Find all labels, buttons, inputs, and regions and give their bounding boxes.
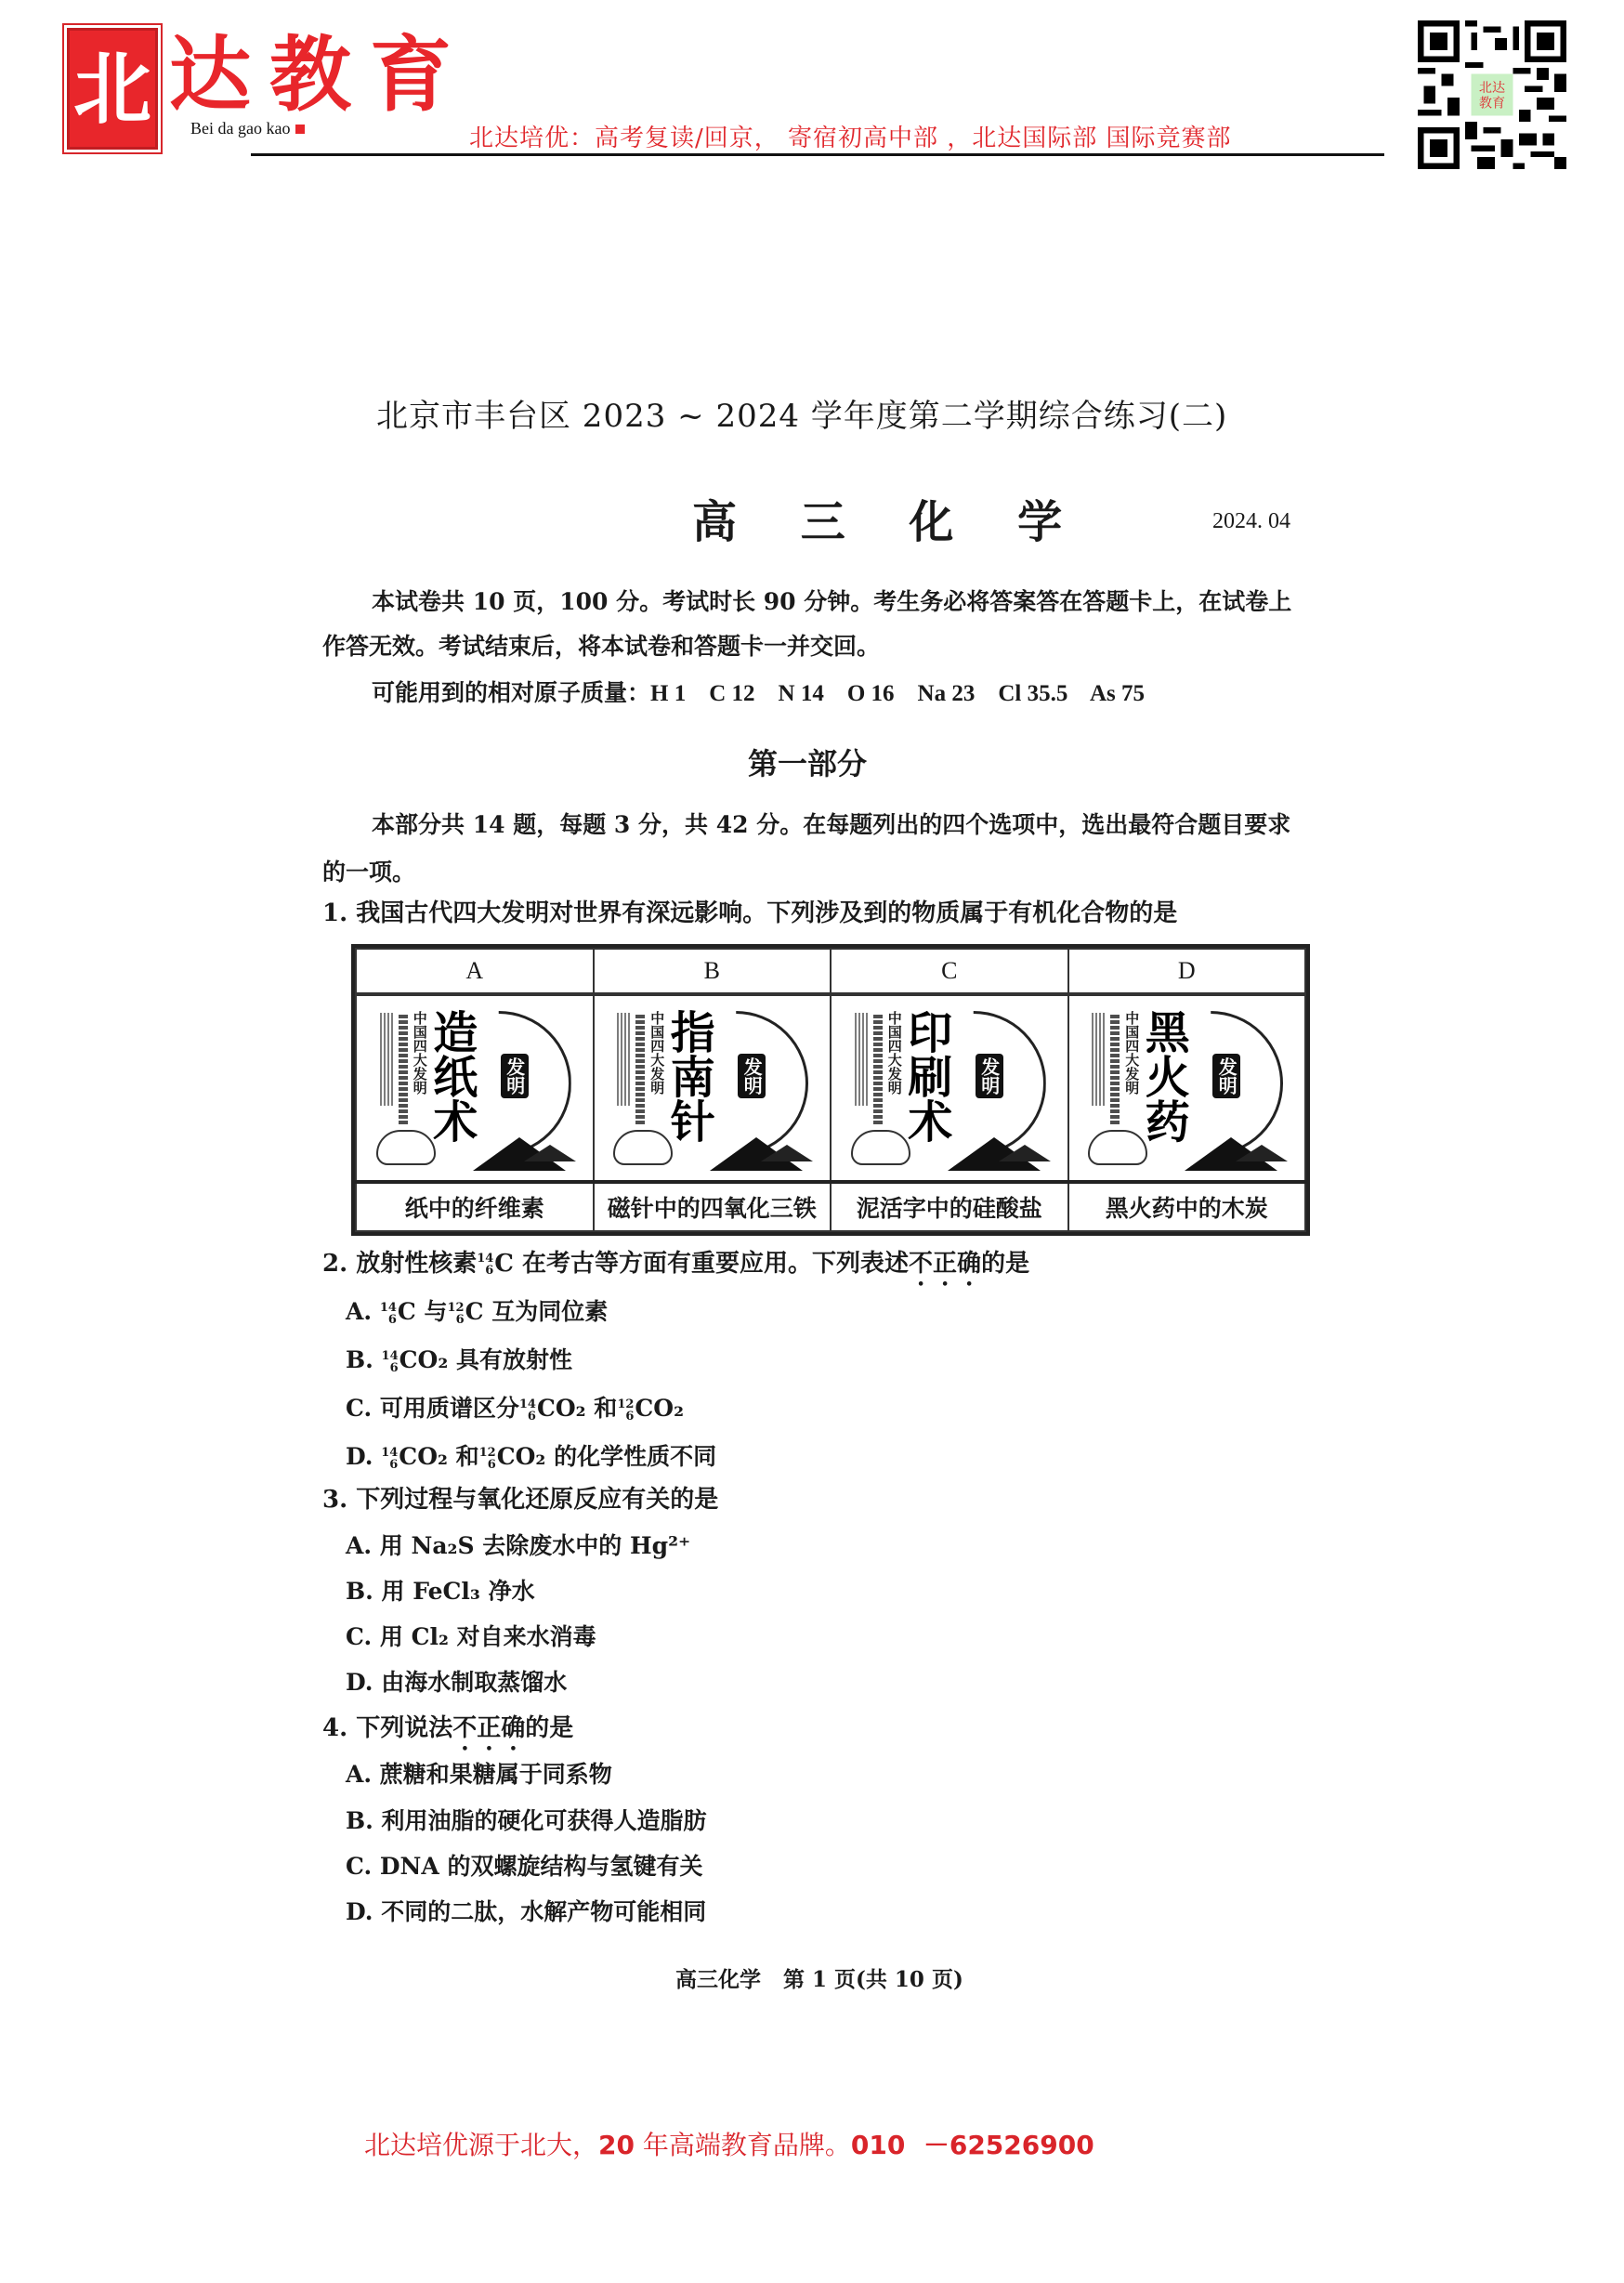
mass-number: 14: [381, 1447, 398, 1459]
decorative-english-text: [635, 1013, 645, 1124]
question-2-option-c: C. 可用质谱区分146CO₂ 和126CO₂: [346, 1390, 684, 1427]
mass-number: 14: [519, 1398, 536, 1410]
logo-square-icon: [295, 125, 305, 134]
isotope-notation: 146: [477, 1253, 493, 1277]
logo-mark: 北: [67, 28, 158, 150]
option-text: D.: [346, 1443, 381, 1470]
ad-phone: 010 －62526900: [851, 2130, 1094, 2160]
header-slogan: 北达培优：高考复读/回京， 寄宿初高中部 ，北达国际部 国际竞赛部: [469, 119, 1232, 153]
ad-text: 年高端教育品牌。: [635, 2130, 851, 2160]
option-text: C. 可用质谱区分: [346, 1395, 519, 1422]
logo-text: 达教育: [169, 28, 470, 121]
table-header-a: A: [356, 949, 594, 994]
emphasized-text: 不正确: [909, 1250, 981, 1278]
option-text: CO₂ 和: [399, 1443, 478, 1470]
option-text: CO₂ 具有放射性: [399, 1346, 572, 1373]
question-3-option-a: A. 用 Na₂S 去除废水中的 Hg²⁺: [346, 1528, 690, 1565]
printing-poster-image: 中国四大发明 印刷术 发明: [836, 1000, 1063, 1176]
option-text: A.: [346, 1298, 380, 1325]
atomic-number: 6: [382, 1362, 399, 1374]
decorative-text-lines: [380, 1013, 395, 1106]
mass-number: 14: [382, 1350, 399, 1362]
question-3-option-d: D. 由海水制取蒸馏水: [346, 1664, 567, 1701]
decorative-text-lines: [1092, 1013, 1107, 1106]
atomic-number: 6: [448, 1314, 465, 1326]
poster-big-text: 黑火药: [1144, 1009, 1188, 1143]
isotope-notation: 146: [382, 1350, 399, 1374]
exam-title: 高 三 化 学: [692, 486, 1086, 550]
question-2-option-b: B. 146CO₂ 具有放射性: [346, 1342, 572, 1379]
question-2-stem: 2. 放射性核素146C 在考古等方面有重要应用。下列表述不正确的是: [322, 1245, 1029, 1292]
isotope-notation: 126: [479, 1447, 496, 1471]
part-title: 第一部分: [748, 741, 867, 783]
poster-badge: 发明: [738, 1054, 766, 1098]
mass-number: 14: [380, 1302, 397, 1314]
option-caption-b: 磁针中的四氧化三铁: [594, 1182, 832, 1231]
question-4-option-c: C. DNA 的双螺旋结构与氢键有关: [346, 1848, 703, 1885]
exam-subtitle: 北京市丰台区 2023 ~ 2024 学年度第二学期综合练习(二): [376, 390, 1227, 436]
option-text: CO₂: [635, 1395, 684, 1422]
poster-big-text: 造纸术: [432, 1009, 477, 1143]
header-divider: [251, 153, 1384, 156]
option-text: C 互为同位素: [465, 1298, 609, 1325]
table-header-c: C: [831, 949, 1068, 994]
decorative-english-text: [873, 1013, 883, 1124]
question-2-option-a: A. 146C 与126C 互为同位素: [346, 1293, 608, 1331]
poster-big-text: 印刷术: [907, 1009, 951, 1143]
exam-instructions-line2: 作答无效。考试结束后，将本试卷和答题卡一并交回。: [322, 624, 880, 669]
mountain-small-icon: [999, 1145, 1051, 1161]
question-4-option-a: A. 蔗糖和果糖属于同系物: [346, 1756, 612, 1793]
exam-instructions-line1: 本试卷共 10 页，100 分。考试时长 90 分钟。考生务必将答案答在答题卡上…: [372, 580, 1291, 624]
decorative-english-text: [399, 1013, 408, 1124]
atomic-masses-values: H 1 C 12 N 14 O 16 Na 23 Cl 35.5 As 75: [650, 681, 1145, 706]
mountain-small-icon: [524, 1145, 576, 1161]
table-header-b: B: [594, 949, 832, 994]
cloud-icon: [376, 1130, 436, 1165]
isotope-notation: 126: [617, 1398, 634, 1423]
svg-text:北达: 北达: [1479, 80, 1506, 96]
stem-text: 的是: [981, 1250, 1029, 1278]
poster-cell-b: 中国四大发明 指南针 发明: [594, 994, 832, 1182]
option-text: CO₂ 和: [537, 1395, 617, 1422]
question-3-option-b: B. 用 FeCl₃ 净水: [346, 1573, 535, 1610]
ad-years: 20: [598, 2130, 635, 2160]
atomic-masses: 可能用到的相对原子质量：H 1 C 12 N 14 O 16 Na 23 Cl …: [372, 671, 1145, 716]
atomic-number: 6: [519, 1410, 536, 1423]
stem-text: 的是: [525, 1714, 573, 1742]
logo-subtitle-text: Bei da gao kao: [190, 119, 290, 138]
papermaking-poster-image: 中国四大发明 造纸术 发明: [361, 1000, 588, 1176]
cloud-icon: [851, 1130, 910, 1165]
cloud-icon: [1088, 1130, 1147, 1165]
atomic-number: 6: [477, 1265, 493, 1277]
poster-big-text: 指南针: [669, 1009, 714, 1143]
part-description-line2: 的一项。: [322, 850, 415, 895]
mass-number: 12: [617, 1398, 634, 1410]
atomic-number: 6: [381, 1459, 398, 1471]
option-text: B.: [346, 1346, 382, 1373]
mountain-small-icon: [761, 1145, 813, 1161]
question-1-table: A B C D 中国四大发明 造纸术 发明: [351, 944, 1310, 1236]
question-1-stem: 1. 我国古代四大发明对世界有深远影响。下列涉及到的物质属于有机化合物的是: [322, 895, 1177, 932]
poster-badge: 发明: [976, 1054, 1003, 1098]
question-3-stem: 3. 下列过程与氧化还原反应有关的是: [322, 1481, 718, 1518]
decorative-text-lines: [855, 1013, 870, 1106]
qr-code-icon: 北达 教育: [1418, 20, 1566, 169]
isotope-notation: 146: [519, 1398, 536, 1423]
page-number: 高三化学 第 1 页(共 10 页): [675, 1962, 963, 1993]
isotope-notation: 146: [381, 1447, 398, 1471]
poster-badge: 发明: [1212, 1054, 1240, 1098]
option-text: CO₂ 的化学性质不同: [497, 1443, 716, 1470]
option-caption-d: 黑火药中的木炭: [1068, 1182, 1306, 1231]
stem-text: 4. 下列说法: [322, 1714, 452, 1742]
ad-text: 北达培优源于北大，: [364, 2130, 598, 2160]
cloud-icon: [613, 1130, 673, 1165]
svg-text:教育: 教育: [1479, 95, 1505, 111]
poster-cell-d: 中国四大发明 黑火药 发明: [1068, 994, 1306, 1182]
compass-poster-image: 中国四大发明 指南针 发明: [598, 1000, 825, 1176]
atomic-number: 6: [479, 1459, 496, 1471]
stem-text: 2. 放射性核素: [322, 1250, 477, 1278]
isotope-notation: 126: [448, 1302, 465, 1326]
mass-number: 12: [479, 1447, 496, 1459]
decorative-text-lines: [617, 1013, 632, 1106]
question-2-option-d: D. 146CO₂ 和126CO₂ 的化学性质不同: [346, 1438, 716, 1476]
question-3-option-c: C. 用 Cl₂ 对自来水消毒: [346, 1619, 596, 1656]
poster-cell-a: 中国四大发明 造纸术 发明: [356, 994, 594, 1182]
part-description-line1: 本部分共 14 题，每题 3 分，共 42 分。在每题列出的四个选项中，选出最符…: [372, 803, 1290, 847]
stem-text: C 在考古等方面有重要应用。下列表述: [494, 1250, 909, 1278]
question-4-option-d: D. 不同的二肽，水解产物可能相同: [346, 1894, 706, 1931]
poster-badge: 发明: [501, 1054, 529, 1098]
poster-cell-c: 中国四大发明 印刷术 发明: [831, 994, 1068, 1182]
table-header-d: D: [1068, 949, 1306, 994]
decorative-english-text: [1110, 1013, 1120, 1124]
exam-date: 2024. 04: [1212, 509, 1290, 534]
question-4-option-b: B. 利用油脂的硬化可获得人造脂肪: [346, 1803, 707, 1840]
mass-number: 12: [448, 1302, 465, 1314]
logo-subtitle: Bei da gao kao: [190, 119, 305, 138]
option-caption-c: 泥活字中的硅酸盐: [831, 1182, 1068, 1231]
emphasized-text: 不正确: [452, 1714, 525, 1742]
atomic-number: 6: [617, 1410, 634, 1423]
gunpowder-poster-image: 中国四大发明 黑火药 发明: [1073, 1000, 1300, 1176]
mountain-small-icon: [1236, 1145, 1288, 1161]
question-4-stem: 4. 下列说法不正确的是: [322, 1710, 573, 1756]
logo-mark-char: 北: [70, 31, 155, 147]
option-text: C 与: [398, 1298, 448, 1325]
isotope-notation: 146: [380, 1302, 397, 1326]
atomic-masses-label: 可能用到的相对原子质量：: [372, 679, 650, 706]
atomic-number: 6: [380, 1314, 397, 1326]
ad-footer: 北达培优源于北大，20 年高端教育品牌。010 －62526900: [364, 2125, 1094, 2162]
option-caption-a: 纸中的纤维素: [356, 1182, 594, 1231]
